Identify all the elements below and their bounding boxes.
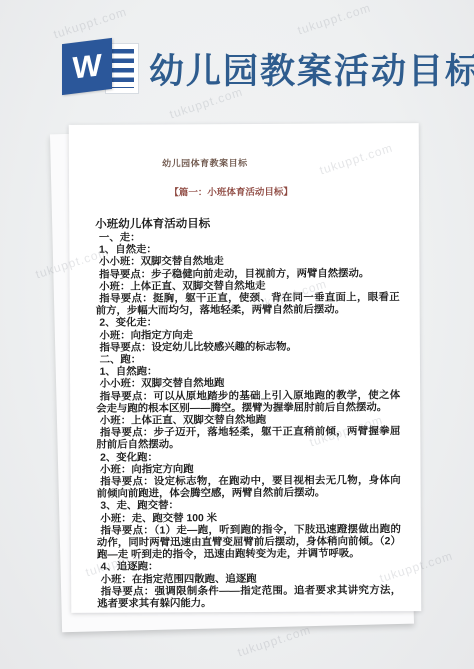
word-logo: W <box>62 36 142 100</box>
word-logo-letter: W <box>72 49 101 84</box>
doc-paragraph: 指导要点：（1）走—跑，听到跑的指令，下肢迅速蹬摆做出跑的动作，同时两臂迅速由直… <box>97 524 401 562</box>
doc-section-label: 【篇一：小班体育活动目标】 <box>79 183 383 199</box>
doc-paragraph: 指导要点：强调限制条件——指定范围。追者要求其讲究方法，逃者要求其有躲闪能力。 <box>97 585 401 611</box>
watermark-text: tukuppt.com <box>236 623 313 660</box>
doc-paragraph: 指导要点：挺胸，躯干正直，使颈、背在同一垂直面上，眼看正前方，步幅大而均匀，落地… <box>96 292 400 318</box>
word-logo-cover: W <box>62 38 112 95</box>
doc-heading: 小班幼儿体育活动目标 <box>95 216 399 232</box>
document-page: 幼儿园体育教案目标 【篇一：小班体育活动目标】 小班幼儿体育活动目标 一、走：1… <box>69 123 422 613</box>
doc-running-title: 幼儿园体育教案目标 <box>69 155 357 170</box>
document-body: 一、走：1、自然走：小小班：双脚交替自然地走指导要点：步子稳健向前走动，目视前方… <box>95 231 401 611</box>
page-title: 幼儿园教案活动目标 <box>149 44 469 94</box>
word-logo-lines-icon <box>110 49 134 88</box>
doc-paragraph: 指导要点：步子迈开，落地轻柔，躯干正直稍前倾，两臂握拳屈肘前后自然摆动。 <box>96 426 400 452</box>
doc-paragraph: 指导要点：步子稳健向前走动，目视前方，两臂自然摆动。 <box>95 268 399 282</box>
preview-canvas: tukuppt.com tukuppt.com tukuppt.com tuku… <box>0 0 474 669</box>
doc-paragraph: 指导要点：设定标志物，在跑动中，要目视相去无几物，身体向前倾向前跑进，体会腾空感… <box>97 475 401 501</box>
doc-paragraph: 指导要点：可以从原地踏步的基础上引入原地跑的教学，使之体会走与跑的根本区别——腾… <box>96 390 400 416</box>
watermark-text: tukuppt.com <box>296 1 373 38</box>
